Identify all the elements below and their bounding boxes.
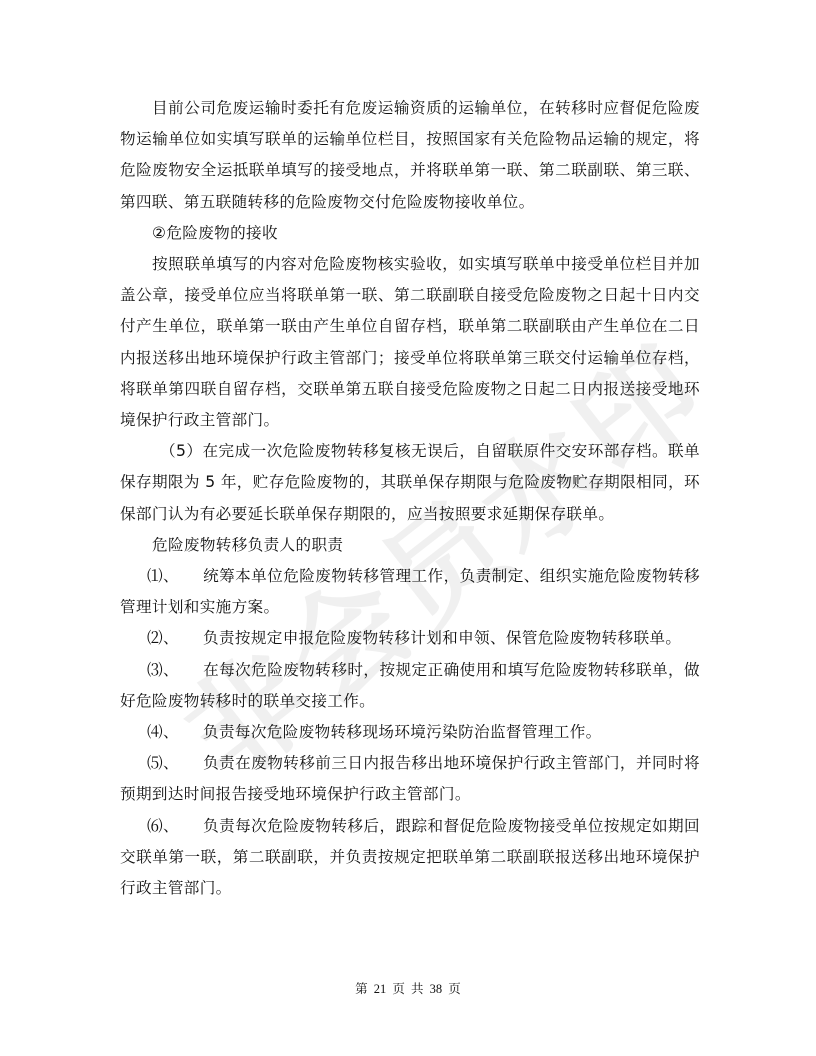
list-marker: ⑶、: [147, 655, 203, 686]
duty-text: 负责每次危险废物转移后，跟踪和督促危险废物接受单位按规定如期回交联单第一联，第二…: [120, 817, 700, 897]
duty-item: ⑴、统筹本单位危险废物转移管理工作，负责制定、组织实施危险废物转移管理计划和实施…: [120, 561, 700, 623]
duty-text: 负责在废物转移前三日内报告移出地环境保护行政主管部门，并同时将预期到达时间报告接…: [120, 754, 700, 803]
paragraph-archive: （5）在完成一次危险废物转移复核无误后，自留联原件交安环部存档。联单保存期限为 …: [120, 436, 700, 530]
subheading-waste-receiving: ②危险废物的接收: [120, 218, 700, 249]
duty-text: 统筹本单位危险废物转移管理工作，负责制定、组织实施危险废物转移管理计划和实施方案…: [120, 567, 700, 616]
document-body: 目前公司危废运输时委托有危废运输资质的运输单位，在转移时应督促危险废物运输单位如…: [120, 93, 700, 904]
list-marker: ⑹、: [147, 811, 203, 842]
duty-text: 负责按规定申报危险废物转移计划和申领、保管危险废物转移联单。: [203, 629, 681, 647]
duty-text: 在每次危险废物转移时，按规定正确使用和填写危险废物转移联单，做好危险废物转移时的…: [120, 661, 700, 710]
list-marker: ⑷、: [147, 717, 203, 748]
duty-item: ⑸、负责在废物转移前三日内报告移出地环境保护行政主管部门，并同时将预期到达时间报…: [120, 748, 700, 810]
duty-item: ⑹、负责每次危险废物转移后，跟踪和督促危险废物接受单位按规定如期回交联单第一联，…: [120, 811, 700, 905]
duty-item: ⑶、在每次危险废物转移时，按规定正确使用和填写危险废物转移联单，做好危险废物转移…: [120, 655, 700, 717]
subheading-responsible-duties: 危险废物转移负责人的职责: [120, 530, 700, 561]
list-marker: ⑵、: [147, 623, 203, 654]
paragraph-receiving: 按照联单填写的内容对危险废物核实验收，如实填写联单中接受单位栏目并加盖公章，接受…: [120, 249, 700, 436]
duty-item: ⑷、负责每次危险废物转移现场环境污染防治监督管理工作。: [120, 717, 700, 748]
duty-item: ⑵、负责按规定申报危险废物转移计划和申领、保管危险废物转移联单。: [120, 623, 700, 654]
document-page: 非会员水印 目前公司危废运输时委托有危废运输资质的运输单位，在转移时应督促危险废…: [0, 0, 816, 1056]
duty-text: 负责每次危险废物转移现场环境污染防治监督管理工作。: [203, 723, 602, 741]
page-number-footer: 第 21 页 共 38 页: [0, 979, 816, 997]
list-marker: ⑴、: [147, 561, 203, 592]
paragraph-transport: 目前公司危废运输时委托有危废运输资质的运输单位，在转移时应督促危险废物运输单位如…: [120, 93, 700, 218]
list-marker: ⑸、: [147, 748, 203, 779]
